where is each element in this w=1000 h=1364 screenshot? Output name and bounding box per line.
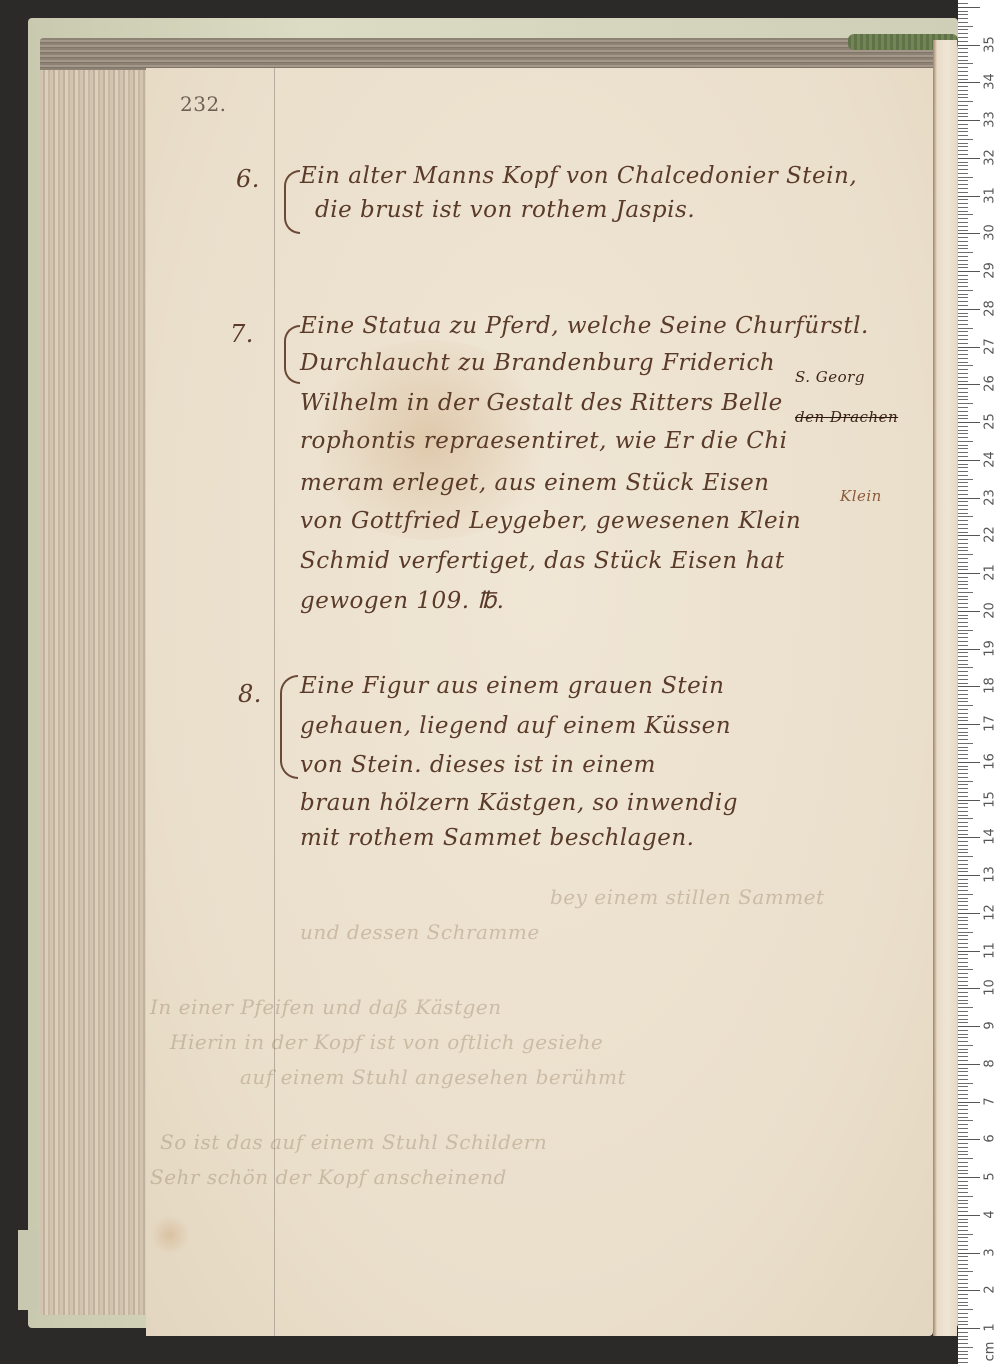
ruler-tick	[958, 1007, 973, 1008]
ruler-tick	[958, 1030, 968, 1031]
ruler-label: 24	[983, 449, 998, 469]
ruler-tick	[958, 852, 968, 853]
ruler-tick	[958, 920, 968, 921]
ruler-tick	[958, 596, 968, 597]
ruler-tick	[958, 528, 968, 529]
ruler-tick	[958, 52, 968, 53]
ruler-tick	[958, 1128, 968, 1129]
bleed-through-line: So ist das auf einem Stuhl Schildern	[160, 1130, 547, 1154]
ruler-tick	[958, 886, 968, 887]
ruler-tick	[958, 1200, 968, 1201]
ruler-tick	[958, 271, 980, 272]
ruler-tick	[958, 460, 980, 461]
ruler-tick	[958, 837, 980, 838]
entry-number: 6.	[236, 165, 260, 193]
ruler-tick	[958, 607, 968, 608]
ruler-tick	[958, 913, 980, 914]
ruler-tick	[958, 1343, 968, 1344]
foxing-spot	[150, 1215, 190, 1255]
ruler-tick	[958, 683, 968, 684]
ruler-tick	[958, 305, 968, 306]
ruler-tick	[958, 717, 968, 718]
ruler-tick	[958, 694, 968, 695]
entry-line: rophontis repraesentiret, wie Er die Chi	[300, 428, 788, 454]
ruler-label: 33	[983, 110, 998, 130]
ruler-tick	[958, 452, 968, 453]
ruler-tick	[958, 297, 968, 298]
ruler-tick	[958, 94, 968, 95]
ruler-tick	[958, 992, 968, 993]
ruler-tick	[958, 834, 968, 835]
ruler-tick	[958, 230, 968, 231]
ruler-tick	[958, 101, 973, 102]
ruler-tick	[958, 1328, 980, 1329]
ruler-tick	[958, 71, 968, 72]
ruler-tick	[958, 347, 980, 348]
gutter-facing-page	[933, 40, 957, 1336]
ruler-tick	[958, 1192, 968, 1193]
ruler-tick	[958, 3, 968, 4]
ruler-tick	[958, 713, 968, 714]
ruler-tick	[958, 1313, 968, 1314]
ruler-tick	[958, 1079, 968, 1080]
ruler-tick	[958, 426, 968, 427]
ruler-tick	[958, 641, 968, 642]
entry-line: gewogen 109. ℔.	[300, 588, 504, 614]
ruler-tick	[958, 996, 968, 997]
ruler-tick	[958, 1230, 968, 1231]
ruler-tick	[958, 328, 973, 329]
ruler-tick	[958, 1260, 968, 1261]
ruler-tick	[958, 1249, 968, 1250]
ruler-tick	[958, 743, 973, 744]
ruler-tick	[958, 1305, 968, 1306]
ruler-tick	[958, 301, 968, 302]
ruler-tick	[958, 720, 968, 721]
ruler-tick	[958, 1060, 968, 1061]
ruler-tick	[958, 1324, 968, 1325]
ruler-tick	[958, 252, 973, 253]
ruler-tick	[958, 105, 968, 106]
ruler-tick	[958, 626, 968, 627]
ruler-tick	[958, 1139, 980, 1140]
ruler-tick	[958, 448, 968, 449]
ruler-tick	[958, 1045, 973, 1046]
ruler-tick	[958, 286, 968, 287]
ruler-tick	[958, 279, 968, 280]
entry-line: braun hölzern Kästgen, so inwendig	[300, 790, 738, 816]
ruler-label: 20	[983, 600, 998, 620]
ruler-tick	[958, 60, 968, 61]
ruler-tick	[958, 1000, 968, 1001]
ruler-tick	[958, 388, 968, 389]
ruler-tick	[958, 418, 968, 419]
ruler-label: 3	[983, 1242, 998, 1262]
ruler-label: 16	[983, 751, 998, 771]
ruler-tick	[958, 550, 968, 551]
ruler-tick	[958, 1362, 968, 1363]
bleed-through-line: und dessen Schramme	[300, 920, 540, 944]
ruler-tick	[958, 1354, 968, 1355]
ruler-tick	[958, 113, 968, 114]
ruler-tick	[958, 486, 968, 487]
ruler-tick	[958, 1056, 968, 1057]
ruler-tick	[958, 985, 968, 986]
ruler-tick	[958, 690, 968, 691]
ruler-tick	[958, 67, 968, 68]
ruler-tick	[958, 1143, 968, 1144]
top-page-edges	[40, 38, 935, 70]
ruler-label: 15	[983, 789, 998, 809]
ruler-tick	[958, 1109, 968, 1110]
ruler-tick	[958, 22, 968, 23]
ruler-label: 35	[983, 34, 998, 54]
ruler-tick	[958, 1283, 968, 1284]
ruler-tick	[958, 501, 968, 502]
ruler-tick	[958, 131, 968, 132]
ruler-tick	[958, 1181, 968, 1182]
ruler-tick	[958, 211, 968, 212]
insertion-above-line: S. Georg	[795, 368, 865, 386]
ruler-tick	[958, 335, 968, 336]
ruler-tick	[958, 1185, 968, 1186]
page-stack-edge	[40, 55, 150, 1315]
ruler-tick	[958, 260, 968, 261]
ruler-tick	[958, 750, 968, 751]
ruler-tick	[958, 1237, 968, 1238]
ruler-tick	[958, 48, 968, 49]
measurement-ruler: 1234567891011121314151617181920212223242…	[958, 0, 1000, 1364]
ruler-tick	[958, 709, 968, 710]
bleed-through-line: auf einem Stuhl angesehen berühmt	[240, 1065, 626, 1089]
insertion-above-line: Klein	[840, 487, 882, 505]
ruler-tick	[958, 864, 968, 865]
ruler-tick	[958, 520, 968, 521]
ruler-label: 14	[983, 827, 998, 847]
ruler-tick	[958, 180, 968, 181]
ruler-tick	[958, 264, 968, 265]
ruler-tick	[958, 762, 980, 763]
ruler-tick	[958, 543, 968, 544]
ruler-label: 26	[983, 374, 998, 394]
ruler-tick	[958, 1098, 968, 1099]
ruler-tick	[958, 532, 968, 533]
ruler-tick	[958, 618, 968, 619]
ruler-tick	[958, 490, 968, 491]
ruler-tick	[958, 169, 968, 170]
ruler-tick	[958, 362, 968, 363]
ruler-label: 2	[983, 1280, 998, 1300]
ruler-tick	[958, 928, 968, 929]
ruler-tick	[958, 162, 968, 163]
ruler-tick	[958, 63, 973, 64]
ruler-label: 18	[983, 676, 998, 696]
ruler-tick	[958, 33, 968, 34]
ruler-tick	[958, 79, 968, 80]
manuscript-scan: bey einem stillen Sammet und dessen Schr…	[0, 0, 1000, 1364]
ruler-tick	[958, 415, 968, 416]
ruler-tick	[958, 807, 968, 808]
ruler-tick	[958, 577, 968, 578]
ruler-tick	[958, 826, 968, 827]
ruler-tick	[958, 509, 968, 510]
ruler-tick	[958, 875, 980, 876]
ruler-tick	[958, 437, 968, 438]
ruler-tick	[958, 943, 968, 944]
entry-brace	[284, 170, 300, 234]
ruler-tick	[958, 977, 968, 978]
ruler-label: 28	[983, 298, 998, 318]
ruler-tick	[958, 1071, 968, 1072]
ruler-tick	[958, 90, 968, 91]
ruler-tick	[958, 75, 968, 76]
ruler-tick	[958, 645, 968, 646]
ruler-tick	[958, 1188, 968, 1189]
ruler-tick	[958, 615, 968, 616]
ruler-tick	[958, 1026, 980, 1027]
ruler-tick	[958, 573, 980, 574]
ruler-tick	[958, 879, 968, 880]
ruler-tick	[958, 1147, 968, 1148]
ruler-tick	[958, 1136, 968, 1137]
ruler-tick	[958, 248, 968, 249]
entry-line: Wilhelm in der Gestalt des Ritters Belle	[300, 390, 783, 416]
ruler-tick	[958, 1083, 973, 1084]
ruler-tick	[958, 45, 980, 46]
ruler-tick	[958, 1351, 968, 1352]
ruler-label: 17	[983, 714, 998, 734]
ruler-tick	[958, 1234, 973, 1235]
entry-line: Schmid verfertiget, das Stück Eisen hat	[300, 548, 785, 574]
ruler-label: 19	[983, 638, 998, 658]
ruler-tick	[958, 818, 973, 819]
ruler-tick	[958, 592, 973, 593]
entry-line: Durchlaucht zu Brandenburg Friderich	[300, 350, 775, 376]
ruler-tick	[958, 146, 968, 147]
ruler-tick	[958, 649, 980, 650]
entry-line: gehauen, liegend auf einem Küssen	[300, 713, 731, 739]
ruler-label: 5	[983, 1167, 998, 1187]
ruler-tick	[958, 1302, 968, 1303]
ruler-tick	[958, 26, 973, 27]
ruler-tick	[958, 599, 968, 600]
ruler-tick	[958, 1124, 968, 1125]
ruler-tick	[958, 539, 968, 540]
ruler-tick	[958, 777, 968, 778]
ruler-tick	[958, 128, 968, 129]
ruler-tick	[958, 399, 968, 400]
ruler-label: 4	[983, 1204, 998, 1224]
ruler-tick	[958, 637, 968, 638]
ruler-tick	[958, 203, 968, 204]
ruler-tick	[958, 969, 973, 970]
ruler-tick	[958, 1052, 968, 1053]
ruler-tick	[958, 1241, 968, 1242]
entry-brace	[280, 675, 298, 779]
ruler-tick	[958, 841, 968, 842]
ruler-tick	[958, 354, 968, 355]
ruler-label: 11	[983, 940, 998, 960]
insertion-above-line: den Drachen	[795, 408, 898, 426]
entry-line: die brust ist von rothem Jaspis.	[315, 197, 695, 223]
ruler-tick	[958, 1162, 968, 1163]
ruler-label: 34	[983, 72, 998, 92]
ruler-tick	[958, 1219, 968, 1220]
ruler-tick	[958, 724, 980, 725]
ruler-tick	[958, 18, 968, 19]
ruler-tick	[958, 860, 968, 861]
ruler-tick	[958, 622, 968, 623]
ruler-tick	[958, 165, 968, 166]
entry-line: von Gottfried Leygeber, gewesenen Klein	[300, 508, 801, 534]
ruler-tick	[958, 784, 968, 785]
ruler-tick	[958, 803, 968, 804]
entry-line: meram erleget, aus einem Stück Eisen	[300, 470, 770, 496]
ruler-tick	[958, 309, 980, 310]
ruler-tick	[958, 849, 968, 850]
ruler-tick	[958, 781, 973, 782]
ruler-tick	[958, 350, 968, 351]
ruler-tick	[958, 422, 980, 423]
ruler-tick	[958, 656, 968, 657]
ruler-tick	[958, 1015, 968, 1016]
ruler-tick	[958, 1113, 968, 1114]
ruler-tick	[958, 1279, 968, 1280]
ruler-tick	[958, 584, 968, 585]
ruler-tick	[958, 1253, 980, 1254]
ruler-tick	[958, 139, 973, 140]
ruler-tick	[958, 951, 980, 952]
ruler-label: 13	[983, 865, 998, 885]
ruler-label: 9	[983, 1016, 998, 1036]
ruler-tick	[958, 56, 968, 57]
ruler-tick	[958, 1151, 968, 1152]
ruler-tick	[958, 324, 968, 325]
ruler-tick	[958, 41, 968, 42]
ruler-tick	[958, 728, 968, 729]
ruler-tick	[958, 7, 980, 8]
ruler-tick	[958, 667, 973, 668]
ruler-tick	[958, 701, 968, 702]
ruler-tick	[958, 1268, 968, 1269]
ruler-tick	[958, 947, 968, 948]
ruler-tick	[958, 1336, 968, 1337]
ruler-tick	[958, 547, 968, 548]
ruler-tick	[958, 675, 968, 676]
ruler-tick	[958, 1170, 968, 1171]
ruler-tick	[958, 1317, 968, 1318]
ruler-tick	[958, 226, 968, 227]
ruler-tick	[958, 1347, 973, 1348]
ruler-tick	[958, 569, 968, 570]
ruler-tick	[958, 445, 968, 446]
ruler-tick	[958, 184, 968, 185]
ruler-tick	[958, 1256, 968, 1257]
ruler-tick	[958, 411, 968, 412]
ruler-tick	[958, 652, 968, 653]
ruler-tick	[958, 479, 973, 480]
ruler-tick	[958, 1022, 968, 1023]
ruler-tick	[958, 316, 968, 317]
ruler-tick	[958, 909, 968, 910]
ruler-tick	[958, 630, 973, 631]
ruler-tick	[958, 188, 968, 189]
ruler-tick	[958, 343, 968, 344]
ruler-tick	[958, 475, 968, 476]
ruler-tick	[958, 116, 968, 117]
ruler-tick	[958, 1105, 968, 1106]
ruler-tick	[958, 237, 968, 238]
entry-number: 8.	[238, 680, 262, 708]
ruler-tick	[958, 441, 973, 442]
entry-line: Ein alter Manns Kopf von Chalcedonier St…	[300, 163, 857, 189]
ruler-tick	[958, 1090, 968, 1091]
ruler-tick	[958, 558, 968, 559]
ruler-tick	[958, 233, 980, 234]
ruler-tick	[958, 1132, 968, 1133]
entry-line: Eine Figur aus einem grauen Stein	[300, 673, 724, 699]
ruler-tick	[958, 705, 973, 706]
ruler-tick	[958, 815, 968, 816]
ruler-tick	[958, 1339, 968, 1340]
ruler-tick	[958, 294, 968, 295]
ruler-label: 29	[983, 261, 998, 281]
ruler-tick	[958, 958, 968, 959]
ruler-tick	[958, 267, 968, 268]
ruler-tick	[958, 377, 968, 378]
ruler-tick	[958, 482, 968, 483]
ruler-tick	[958, 1203, 968, 1204]
ruler-tick	[958, 82, 980, 83]
ruler-tick	[958, 588, 968, 589]
ruler-tick	[958, 890, 968, 891]
ruler-tick	[958, 403, 973, 404]
ruler-tick	[958, 86, 968, 87]
bleed-through-line: Sehr schön der Kopf anscheinend	[150, 1165, 507, 1189]
ruler-tick	[958, 192, 968, 193]
ruler-tick	[958, 29, 968, 30]
entry-number: 7.	[230, 320, 254, 348]
ruler-tick	[958, 396, 968, 397]
ruler-tick	[958, 358, 968, 359]
ruler-tick	[958, 1287, 968, 1288]
ruler-tick	[958, 796, 968, 797]
ruler-tick	[958, 1037, 968, 1038]
ruler-tick	[958, 505, 968, 506]
ruler-tick	[958, 207, 968, 208]
ruler-tick	[958, 535, 980, 536]
ruler-tick	[958, 1196, 973, 1197]
ruler-tick	[958, 811, 968, 812]
ruler-tick	[958, 331, 968, 332]
ruler-tick	[958, 214, 973, 215]
ruler-tick	[958, 14, 968, 15]
ruler-tick	[958, 241, 968, 242]
ruler-tick	[958, 939, 968, 940]
ruler-tick	[958, 392, 968, 393]
ruler-tick	[958, 196, 980, 197]
ruler-tick	[958, 471, 968, 472]
ruler-tick	[958, 954, 968, 955]
ruler-label: 31	[983, 185, 998, 205]
ruler-tick	[958, 758, 968, 759]
ruler-tick	[958, 177, 973, 178]
ruler-tick	[958, 282, 968, 283]
ruler-tick	[958, 1120, 973, 1121]
ruler-tick	[958, 1166, 968, 1167]
ruler-tick	[958, 894, 973, 895]
ruler-tick	[958, 199, 968, 200]
